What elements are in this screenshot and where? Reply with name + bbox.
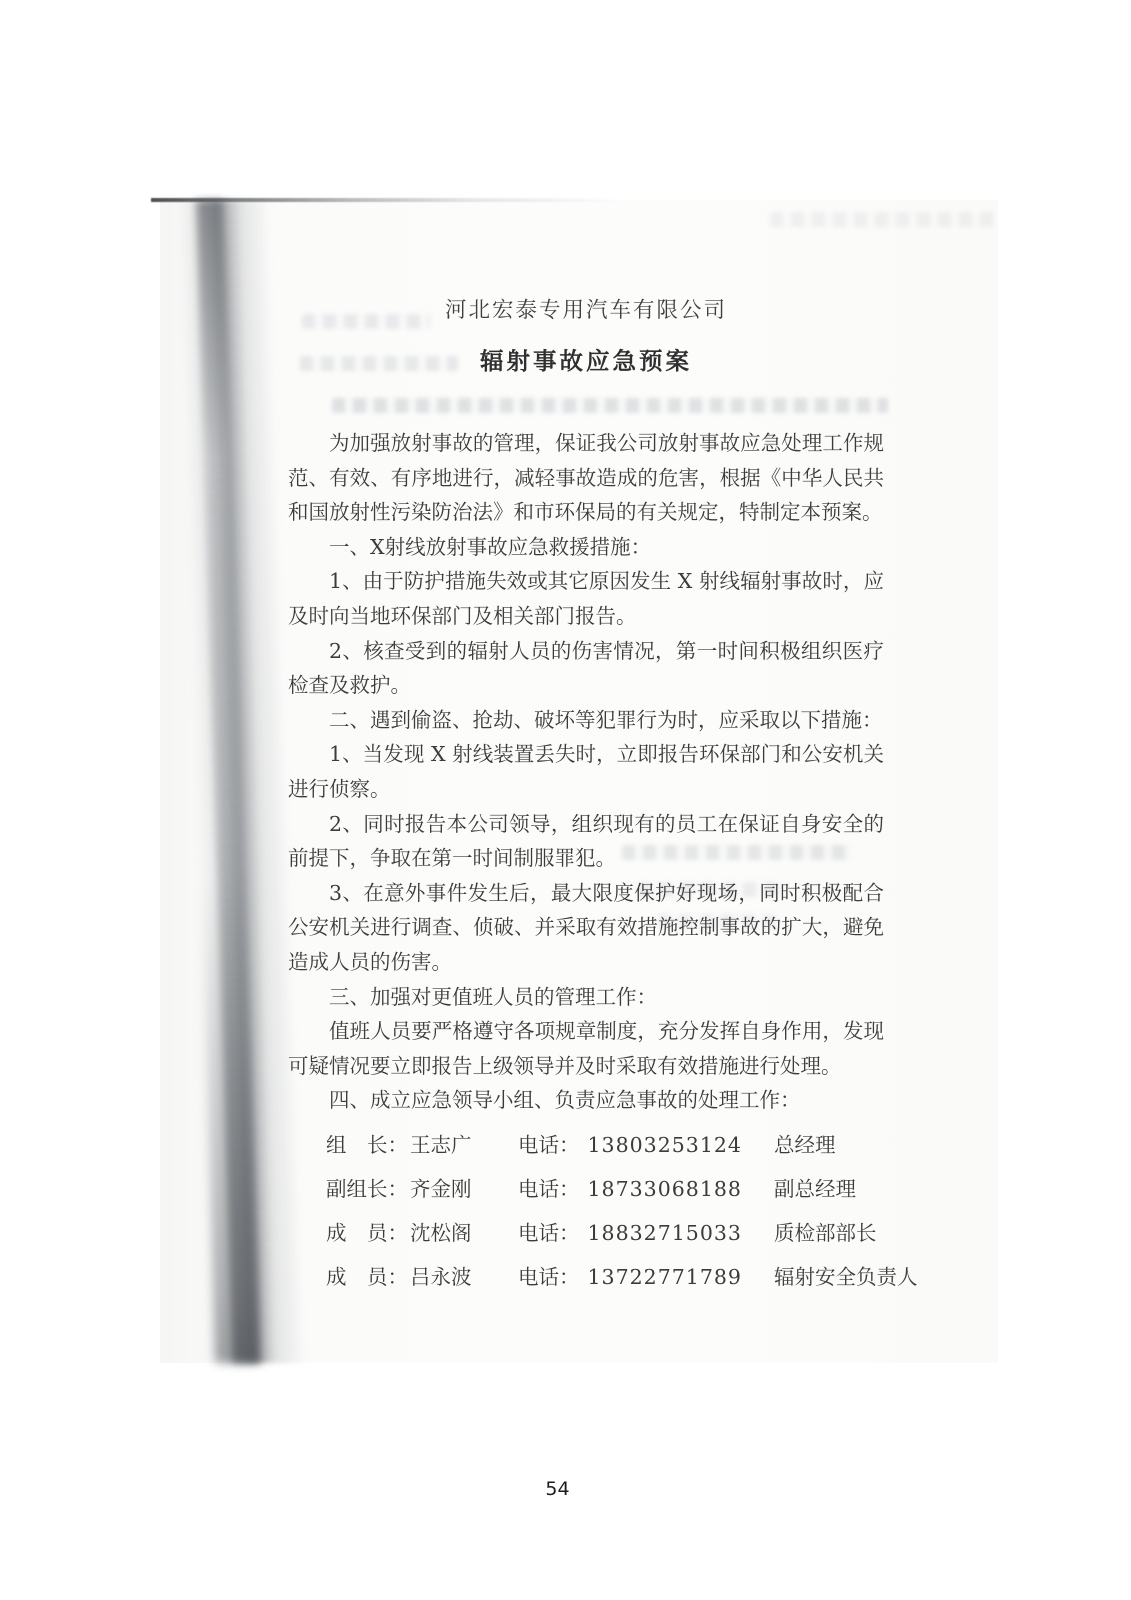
document-content: 河北宏泰专用汽车有限公司 辐射事故应急预案 为加强放射事故的管理，保证我公司放射… (288, 296, 884, 1295)
roster-role: 组 长： (326, 1128, 410, 1163)
scanned-sheet: 河北宏泰专用汽车有限公司 辐射事故应急预案 为加强放射事故的管理，保证我公司放射… (160, 200, 998, 1363)
roster-name: 沈松阁 (410, 1216, 496, 1251)
roster-name: 齐金刚 (410, 1172, 496, 1207)
paragraph: 二、遇到偷盗、抢劫、破坏等犯罪行为时，应采取以下措施： (288, 703, 884, 738)
paragraph: 三、加强对更值班人员的管理工作： (288, 980, 884, 1015)
book-spine-shadow-bottom (202, 875, 261, 1363)
roster-phone-number: 18832715033 (588, 1216, 742, 1251)
paragraph: 1、当发现 X 射线装置丢失时，立即报告环保部门和公安机关进行侦察。 (288, 737, 884, 806)
roster-phone-label: 电话： (518, 1172, 580, 1207)
paragraph: 为加强放射事故的管理，保证我公司放射事故应急处理工作规范、有效、有序地进行，减轻… (288, 426, 884, 530)
roster-job-title: 副总经理 (774, 1172, 856, 1207)
paragraph: 2、同时报告本公司领导，组织现有的员工在保证自身安全的前提下，争取在第一时间制服… (288, 807, 884, 876)
roster-role: 成 员： (326, 1260, 410, 1295)
roster-row: 成 员：吕永波电话：13722771789辐射安全负责人 (326, 1260, 884, 1295)
roster-phone-label: 电话： (518, 1216, 580, 1251)
sheet-top-edge-shadow (151, 198, 623, 202)
roster-phone-label: 电话： (518, 1128, 580, 1163)
paragraph: 四、成立应急领导小组、负责应急事故的处理工作： (288, 1083, 884, 1118)
paragraph: 值班人员要严格遵守各项规章制度，充分发挥自身作用，发现可疑情况要立即报告上级领导… (288, 1014, 884, 1083)
book-spine-shadow-core (196, 200, 259, 1363)
company-name-heading: 河北宏泰专用汽车有限公司 (288, 296, 884, 326)
document-title: 辐射事故应急预案 (288, 344, 884, 378)
paragraph: 一、X射线放射事故应急救援措施： (288, 530, 884, 565)
roster-phone-number: 13803253124 (588, 1128, 742, 1163)
paragraph: 3、在意外事件发生后，最大限度保护好现场，同时积极配合公安机关进行调查、侦破、并… (288, 876, 884, 980)
roster-role: 成 员： (326, 1216, 410, 1251)
roster-job-title: 辐射安全负责人 (774, 1260, 918, 1295)
roster-job-title: 总经理 (774, 1128, 836, 1163)
paragraph: 2、核查受到的辐射人员的伤害情况，第一时间积极组织医疗检查及救护。 (288, 634, 884, 703)
roster-row: 组 长：王志广电话：13803253124总经理 (326, 1128, 884, 1163)
roster-row: 成 员：沈松阁电话：18832715033质检部部长 (326, 1216, 884, 1251)
paragraph: 1、由于防护措施失效或其它原因发生 X 射线辐射事故时，应及时向当地环保部门及相… (288, 564, 884, 633)
roster-name: 王志广 (410, 1128, 496, 1163)
emergency-leadership-roster: 组 长：王志广电话：13803253124总经理副组长：齐金刚电话：187330… (288, 1128, 884, 1295)
document-body: 为加强放射事故的管理，保证我公司放射事故应急处理工作规范、有效、有序地进行，减轻… (288, 426, 884, 1118)
roster-phone-number: 18733068188 (588, 1172, 742, 1207)
roster-row: 副组长：齐金刚电话：18733068188副总经理 (326, 1172, 884, 1207)
roster-phone-label: 电话： (518, 1260, 580, 1295)
page-number: 54 (0, 1478, 1115, 1500)
roster-job-title: 质检部部长 (774, 1216, 877, 1251)
bleed-through-artifact (770, 212, 995, 227)
roster-role: 副组长： (326, 1172, 410, 1207)
roster-phone-number: 13722771789 (588, 1260, 742, 1295)
roster-name: 吕永波 (410, 1260, 496, 1295)
scanned-document-page: { "document": { "company_name": "河北宏泰专用汽… (0, 0, 1131, 1600)
